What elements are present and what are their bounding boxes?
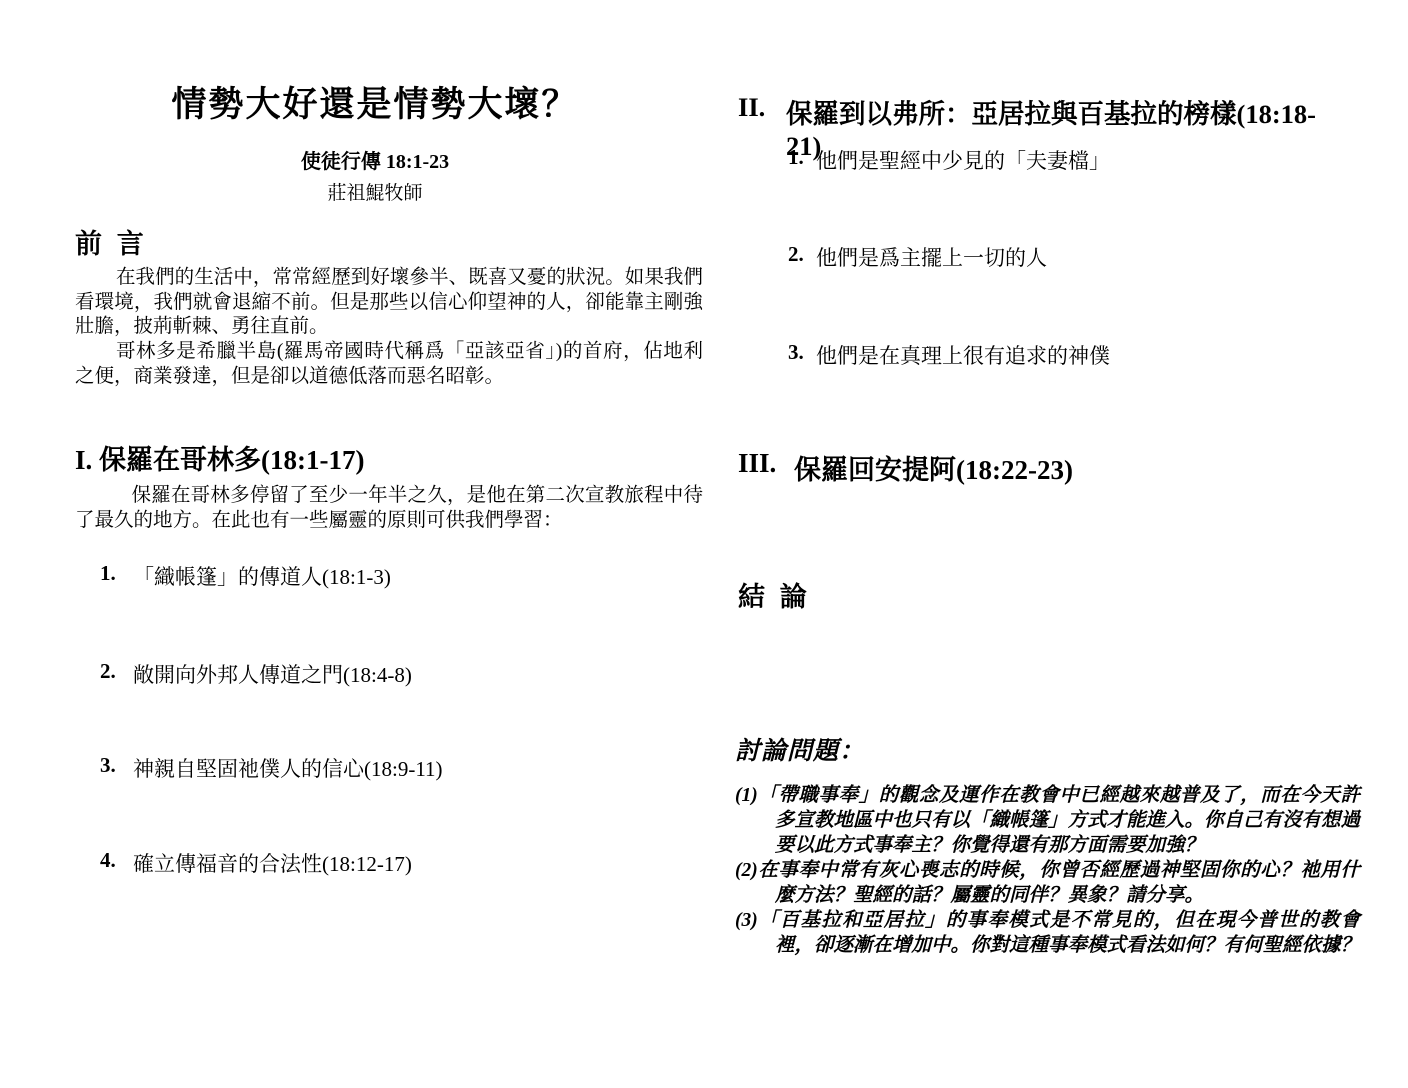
- list-item: 4. 確立傳福音的合法性(18:12-17): [100, 848, 412, 878]
- question-text: 「百基拉和亞居拉」的事奉模式是不常見的，但在現今普世的教會裡，卻逐漸在增加中。你…: [758, 910, 1360, 956]
- discussion-question: (1)「帶職事奉」的觀念及運作在教會中已經越來越普及了，而在今天許多宣教地區中也…: [735, 783, 1360, 858]
- list-item: 1. 「織帳篷」的傳道人(18:1-3): [100, 561, 391, 591]
- intro-paragraphs: 在我們的生活中，常常經歷到好壞參半、既喜又憂的狀況。如果我們看環境，我們就會退縮…: [75, 266, 703, 390]
- section3-title: 保羅回安提阿(18:22-23): [794, 448, 1073, 487]
- question-number: (3): [735, 910, 758, 931]
- list-item-number: 2.: [788, 242, 816, 272]
- intro-heading: 前 言: [75, 222, 148, 261]
- list-item-number: 1.: [788, 145, 816, 175]
- section1-paragraph: 保羅在哥林多停留了至少一年半之久，是他在第二次宣教旅程中待了最久的地方。在此也有…: [75, 484, 703, 533]
- sermon-outline-page: 情勢大好還是情勢大壞？ 使徒行傳 18:1-23 莊祖鯤牧師 前 言 在我們的生…: [0, 0, 1408, 1088]
- discussion-questions: (1)「帶職事奉」的觀念及運作在教會中已經越來越普及了，而在今天許多宣教地區中也…: [735, 783, 1360, 958]
- list-item-text: 「織帳篷」的傳道人(18:1-3): [133, 561, 391, 591]
- section1-heading: I. 保羅在哥林多(18:1-17): [75, 438, 364, 477]
- conclusion-heading: 結 論: [738, 575, 811, 614]
- list-item-text: 他們是在真理上很有追求的神僕: [816, 340, 1110, 370]
- list-item-number: 4.: [100, 848, 133, 878]
- discussion-question: (2)在事奉中常有灰心喪志的時候，你曾否經歷過神堅固你的心？祂用什麼方法？聖經的…: [735, 858, 1360, 908]
- list-item-text: 他們是聖經中少見的「夫妻檔」: [816, 145, 1110, 175]
- section2-number: II.: [738, 92, 786, 162]
- discussion-question: (3)「百基拉和亞居拉」的事奉模式是不常見的，但在現今普世的教會裡，卻逐漸在增加…: [735, 908, 1360, 958]
- author-name: 莊祖鯤牧師: [75, 178, 675, 205]
- list-item-text: 確立傳福音的合法性(18:12-17): [133, 848, 412, 878]
- question-text: 在事奉中常有灰心喪志的時候，你曾否經歷過神堅固你的心？祂用什麼方法？聖經的話？屬…: [758, 860, 1360, 906]
- list-item-number: 3.: [788, 340, 816, 370]
- section3-heading: III. 保羅回安提阿(18:22-23): [738, 448, 1348, 487]
- list-item-number: 1.: [100, 561, 133, 591]
- section3-number: III.: [738, 448, 794, 487]
- list-item: 1. 他們是聖經中少見的「夫妻檔」: [788, 145, 1110, 175]
- list-item: 3. 他們是在真理上很有追求的神僕: [788, 340, 1110, 370]
- list-item-text: 他們是爲主擺上一切的人: [816, 242, 1047, 272]
- discussion-heading: 討論問題：: [735, 731, 865, 767]
- page-title: 情勢大好還是情勢大壞？: [75, 84, 675, 126]
- question-text: 「帶職事奉」的觀念及運作在教會中已經越來越普及了，而在今天許多宣教地區中也只有以…: [758, 785, 1360, 856]
- list-item: 2. 他們是爲主擺上一切的人: [788, 242, 1047, 272]
- list-item: 2. 敞開向外邦人傳道之門(18:4-8): [100, 659, 412, 689]
- list-item-text: 神親自堅固祂僕人的信心(18:9-11): [133, 753, 443, 783]
- scripture-reference: 使徒行傳 18:1-23: [75, 145, 675, 174]
- question-number: (2): [735, 860, 758, 881]
- list-item-number: 2.: [100, 659, 133, 689]
- question-number: (1): [735, 785, 758, 806]
- intro-paragraph: 哥林多是希臘半島(羅馬帝國時代稱爲「亞該亞省」)的首府，佔地利之便，商業發達，但…: [75, 340, 703, 389]
- list-item: 3. 神親自堅固祂僕人的信心(18:9-11): [100, 753, 443, 783]
- list-item-text: 敞開向外邦人傳道之門(18:4-8): [133, 659, 412, 689]
- intro-paragraph: 在我們的生活中，常常經歷到好壞參半、既喜又憂的狀況。如果我們看環境，我們就會退縮…: [75, 266, 703, 340]
- list-item-number: 3.: [100, 753, 133, 783]
